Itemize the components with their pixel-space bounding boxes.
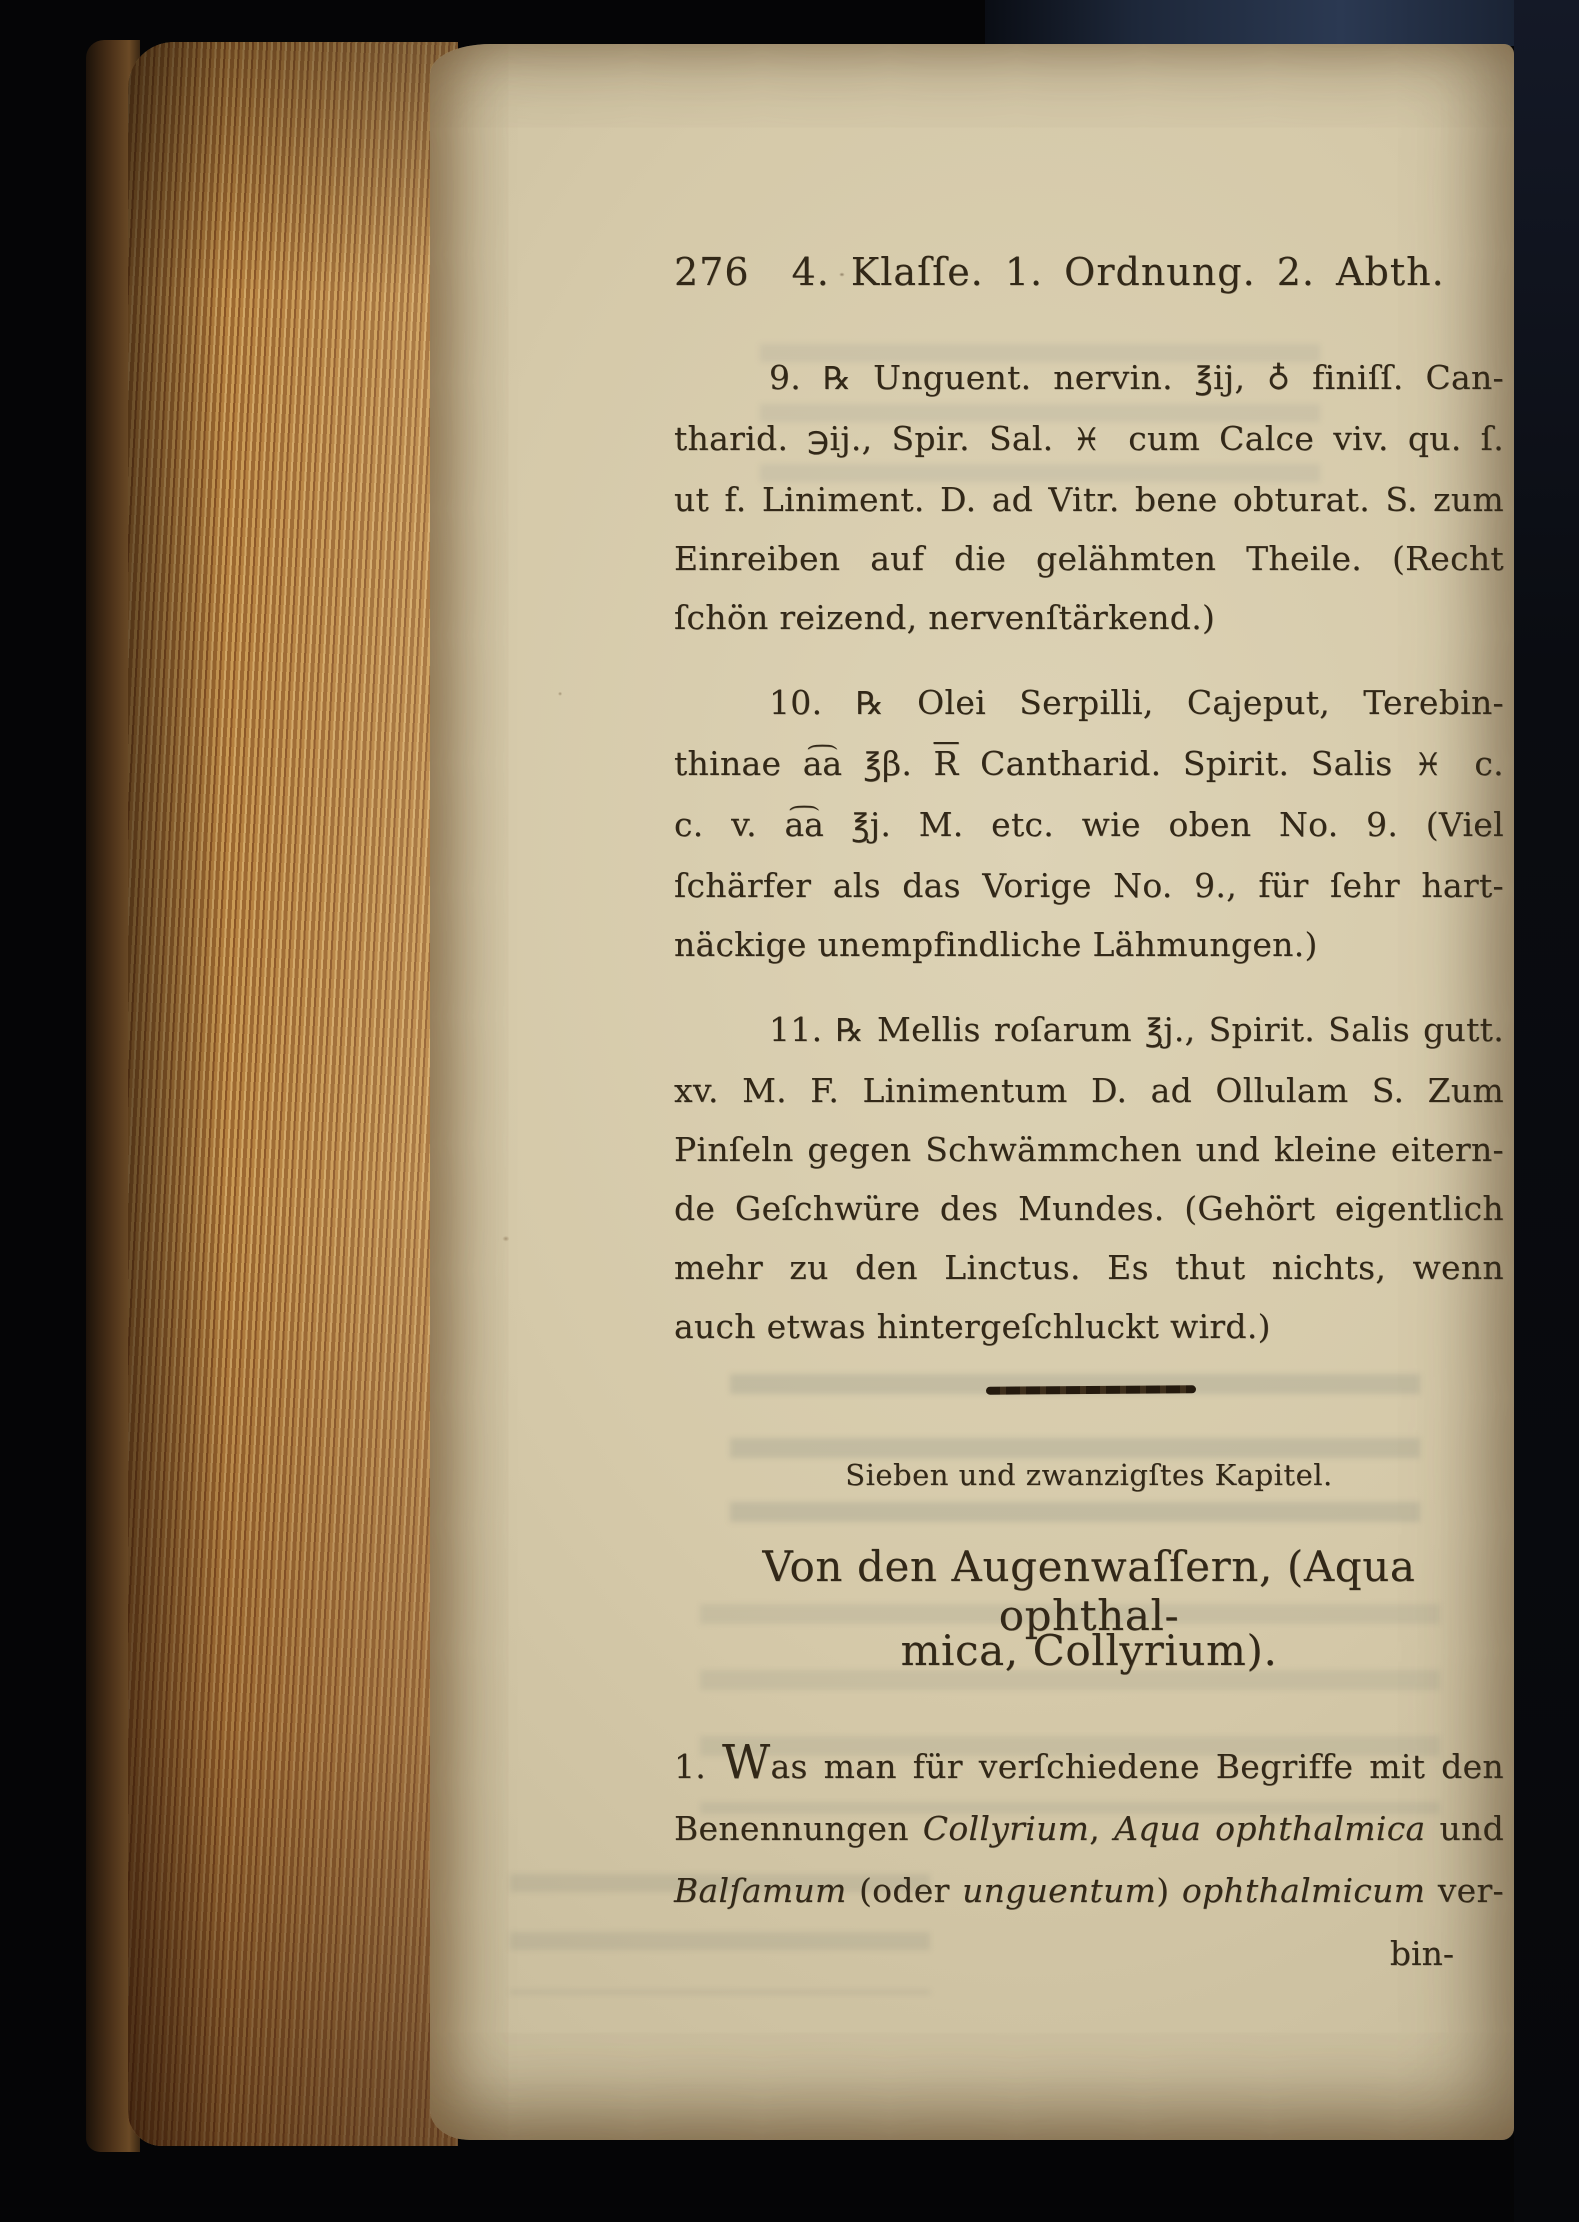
book-cover-right-edge <box>1514 0 1579 2222</box>
text-segment: und <box>1425 1809 1504 1848</box>
section-divider-rule <box>986 1385 1196 1394</box>
text-segment: Cantharid. Spirit. Salis <box>959 744 1414 783</box>
text-segment: c. <box>1453 744 1504 783</box>
text-segment: de Geſchwüre des Mundes. (Gehört eigentl… <box>674 1189 1504 1228</box>
running-header: 2764. Klaſſe. 1. Ordnung. 2. Abth. <box>674 250 1510 294</box>
text-segment: 1. <box>674 1747 722 1786</box>
text-segment: as man für verſchiedene Begriffe mit den <box>771 1747 1505 1786</box>
text-line: näckige unempfindliche Lähmungen.) <box>674 915 1504 974</box>
page-fore-edge-stack <box>128 42 458 2146</box>
apothecary-symbol: ♓ <box>1073 422 1110 458</box>
text-segment: β. <box>882 744 934 783</box>
text-segment: c. v. <box>674 805 785 844</box>
text-segment: Mellis roſarum <box>864 1010 1145 1049</box>
text-segment: ver- <box>1425 1871 1504 1910</box>
text-segment: ſchön reizend, nervenſtärkend.) <box>674 598 1215 637</box>
text-segment: 10. <box>769 683 856 722</box>
apothecary-symbol: ℥ <box>864 747 882 783</box>
text-segment: auch etwas hintergeſchluckt wird.) <box>674 1307 1271 1346</box>
apothecary-symbol: ℞ <box>856 686 884 722</box>
text-line: 10. ℞ Olei Serpilli, Cajeput, Terebin- <box>674 673 1504 734</box>
text-segment: Balſamum <box>674 1871 847 1910</box>
chapter-intro-block: 1. Was man für verſchiedene Begriffe mit… <box>674 1736 1504 1922</box>
apothecary-symbol: ℥ <box>1145 1013 1163 1049</box>
apothecary-symbol: ℞ <box>823 361 851 397</box>
apothecary-symbol: ℥ <box>851 808 869 844</box>
text-segment: ut f. Liniment. D. ad Vitr. bene obturat… <box>674 480 1504 519</box>
text-segment <box>842 744 863 783</box>
recipe-paragraph-10: 10. ℞ Olei Serpilli, Cajeput, Terebin-th… <box>674 673 1504 974</box>
text-segment: j., Spirit. Salis gutt. <box>1163 1010 1504 1049</box>
text-line: Einreiben auf die gelähmten Theile. (Rec… <box>674 529 1504 588</box>
text-segment: ſchärfer als das Vorige No. 9., für ſehr… <box>674 866 1504 905</box>
recipe-paragraph-11: 11. ℞ Mellis roſarum ℥j., Spirit. Salis … <box>674 1000 1504 1356</box>
text-line: 11. ℞ Mellis roſarum ℥j., Spirit. Salis … <box>674 1000 1504 1061</box>
text-segment: ) <box>1156 1871 1182 1910</box>
text-segment: a͡a <box>785 805 824 844</box>
text-line: ſchön reizend, nervenſtärkend.) <box>674 588 1504 647</box>
text-segment: thinae <box>674 744 803 783</box>
text-line: Benennungen Collyrium, Aqua ophthalmica … <box>674 1798 1504 1860</box>
apothecary-symbol: ℈ <box>807 422 829 458</box>
catchword: bin- <box>674 1934 1454 1973</box>
text-segment: Unguent. nervin. <box>851 358 1194 397</box>
book-photo: 2764. Klaſſe. 1. Ordnung. 2. Abth. 9. ℞ … <box>0 0 1579 2222</box>
apothecary-symbol: ℞ <box>836 1013 864 1049</box>
text-segment: (oder <box>847 1871 962 1910</box>
text-line: 9. ℞ Unguent. nervin. ℥ij, ♁ finiſſ. Can… <box>674 348 1504 409</box>
text-segment: Benennungen <box>674 1809 923 1848</box>
text-segment: unguentum <box>962 1871 1156 1910</box>
text-line: Balſamum (oder unguentum) ophthalmicum v… <box>674 1860 1504 1922</box>
text-line: ut f. Liniment. D. ad Vitr. bene obturat… <box>674 470 1504 529</box>
intro-paragraph: 1. Was man für verſchiedene Begriffe mit… <box>674 1736 1504 1922</box>
text-segment: näckige unempfindliche Lähmungen.) <box>674 925 1318 964</box>
text-segment: cum Calce viv. qu. ſ. <box>1109 419 1504 458</box>
chapter-title-line-2: mica, Collyrium). <box>674 1626 1504 1675</box>
text-line: de Geſchwüre des Mundes. (Gehört eigentl… <box>674 1179 1504 1238</box>
text-line: mehr zu den Linctus. Es thut nichts, wen… <box>674 1238 1504 1297</box>
text-segment: mehr zu den Linctus. Es thut nichts, wen… <box>674 1248 1504 1287</box>
text-segment: W <box>722 1736 770 1790</box>
book-cover-top-edge <box>985 0 1579 46</box>
text-segment: Collyrium <box>923 1809 1089 1848</box>
header-section-title: 4. Klaſſe. 1. Ordnung. 2. Abth. <box>792 250 1445 294</box>
page-number: 276 <box>674 250 750 294</box>
text-segment: finiſſ. Can- <box>1290 358 1504 397</box>
chapter-kicker: Sieben und zwanzigſtes Kapitel. <box>674 1458 1504 1492</box>
text-segment: Olei Serpilli, Cajeput, Terebin- <box>884 683 1504 722</box>
text-line: thinae a͡a ℥β. R Cantharid. Spirit. Sali… <box>674 734 1504 795</box>
text-line: Pinſeln gegen Schwämmchen und kleine eit… <box>674 1120 1504 1179</box>
text-segment: j. M. etc. wie oben No. 9. (Viel <box>870 805 1504 844</box>
text-segment: a͡a <box>803 744 842 783</box>
book-page: 2764. Klaſſe. 1. Ordnung. 2. Abth. 9. ℞ … <box>430 44 1514 2140</box>
text-segment: Pinſeln gegen Schwämmchen und kleine eit… <box>674 1130 1504 1169</box>
text-segment: Aqua ophthalmica <box>1114 1809 1425 1848</box>
text-segment: tharid. <box>674 419 807 458</box>
text-segment: 9. <box>769 358 823 397</box>
text-segment: R <box>934 744 959 783</box>
apothecary-symbol: ♓ <box>1414 747 1453 783</box>
text-segment: , <box>1089 1809 1114 1848</box>
apothecary-symbol: ♁ <box>1267 361 1290 397</box>
text-segment: Einreiben auf die gelähmten Theile. (Rec… <box>674 539 1504 578</box>
text-line: ſchärfer als das Vorige No. 9., für ſehr… <box>674 856 1504 915</box>
text-line: c. v. a͡a ℥j. M. etc. wie oben No. 9. (V… <box>674 795 1504 856</box>
text-segment <box>824 805 852 844</box>
text-line: 1. Was man für verſchiedene Begriffe mit… <box>674 1736 1504 1798</box>
text-line: auch etwas hintergeſchluckt wird.) <box>674 1297 1504 1356</box>
recipe-text-block: 9. ℞ Unguent. nervin. ℥ij, ♁ finiſſ. Can… <box>674 348 1504 1356</box>
text-segment: ophthalmicum <box>1182 1871 1425 1910</box>
recipe-paragraph-9: 9. ℞ Unguent. nervin. ℥ij, ♁ finiſſ. Can… <box>674 348 1504 647</box>
text-segment: 11. <box>769 1010 836 1049</box>
text-segment: ij, <box>1213 358 1267 397</box>
apothecary-symbol: ℥ <box>1195 361 1213 397</box>
text-line: tharid. ℈ij., Spir. Sal. ♓ cum Calce viv… <box>674 409 1504 470</box>
text-line: xv. M. F. Linimentum D. ad Ollulam S. Zu… <box>674 1061 1504 1120</box>
text-segment: xv. M. F. Linimentum D. ad Ollulam S. Zu… <box>674 1071 1504 1110</box>
text-segment: ij., Spir. Sal. <box>829 419 1072 458</box>
